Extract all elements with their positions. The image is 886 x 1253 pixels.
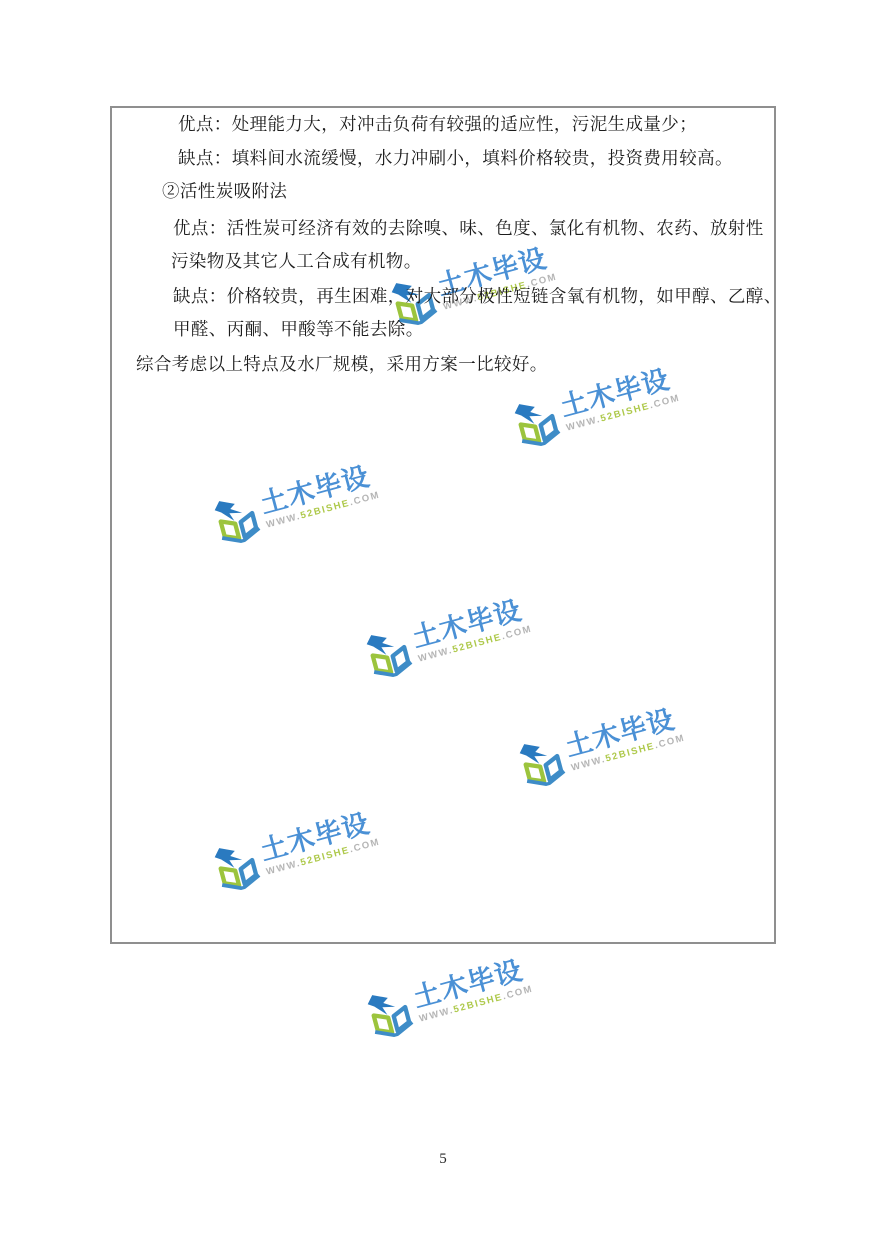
paragraph-advantage-1: 优点：处理能力大，对冲击负荷有较强的适应性，污泥生成量少；: [178, 116, 697, 134]
paragraph-conclusion: 综合考虑以上特点及水厂规模，采用方案一比较好。: [136, 356, 548, 374]
paragraph-disadvantage-2-line1: 缺点：价格较贵，再生困难，对大部分极性短链含氧有机物，如甲醇、乙醇、: [173, 288, 782, 306]
heading-activated-carbon: ②活性炭吸附法: [162, 183, 287, 201]
paragraph-disadvantage-1: 缺点：填料间水流缓慢，水力冲刷小，填料价格较贵，投资费用较高。: [178, 150, 733, 168]
watermark-text: 土木毕设 WWW.52BISHE.COM: [410, 955, 534, 1024]
watermark: 土木毕设 WWW.52BISHE.COM: [355, 929, 534, 1036]
paragraph-disadvantage-2-line2: 甲醛、丙酮、甲酸等不能去除。: [173, 321, 424, 339]
paragraph-advantage-2-line1: 优点：活性炭可经济有效的去除嗅、味、色度、氯化有机物、农药、放射性: [173, 220, 764, 238]
book-bird-logo-icon: [360, 978, 418, 1042]
paragraph-advantage-2-line2: 污染物及其它人工合成有机物。: [171, 253, 422, 271]
document-page: 优点：处理能力大，对冲击负荷有较强的适应性，污泥生成量少； 缺点：填料间水流缓慢…: [0, 0, 886, 1253]
page-number: 5: [0, 1151, 886, 1168]
